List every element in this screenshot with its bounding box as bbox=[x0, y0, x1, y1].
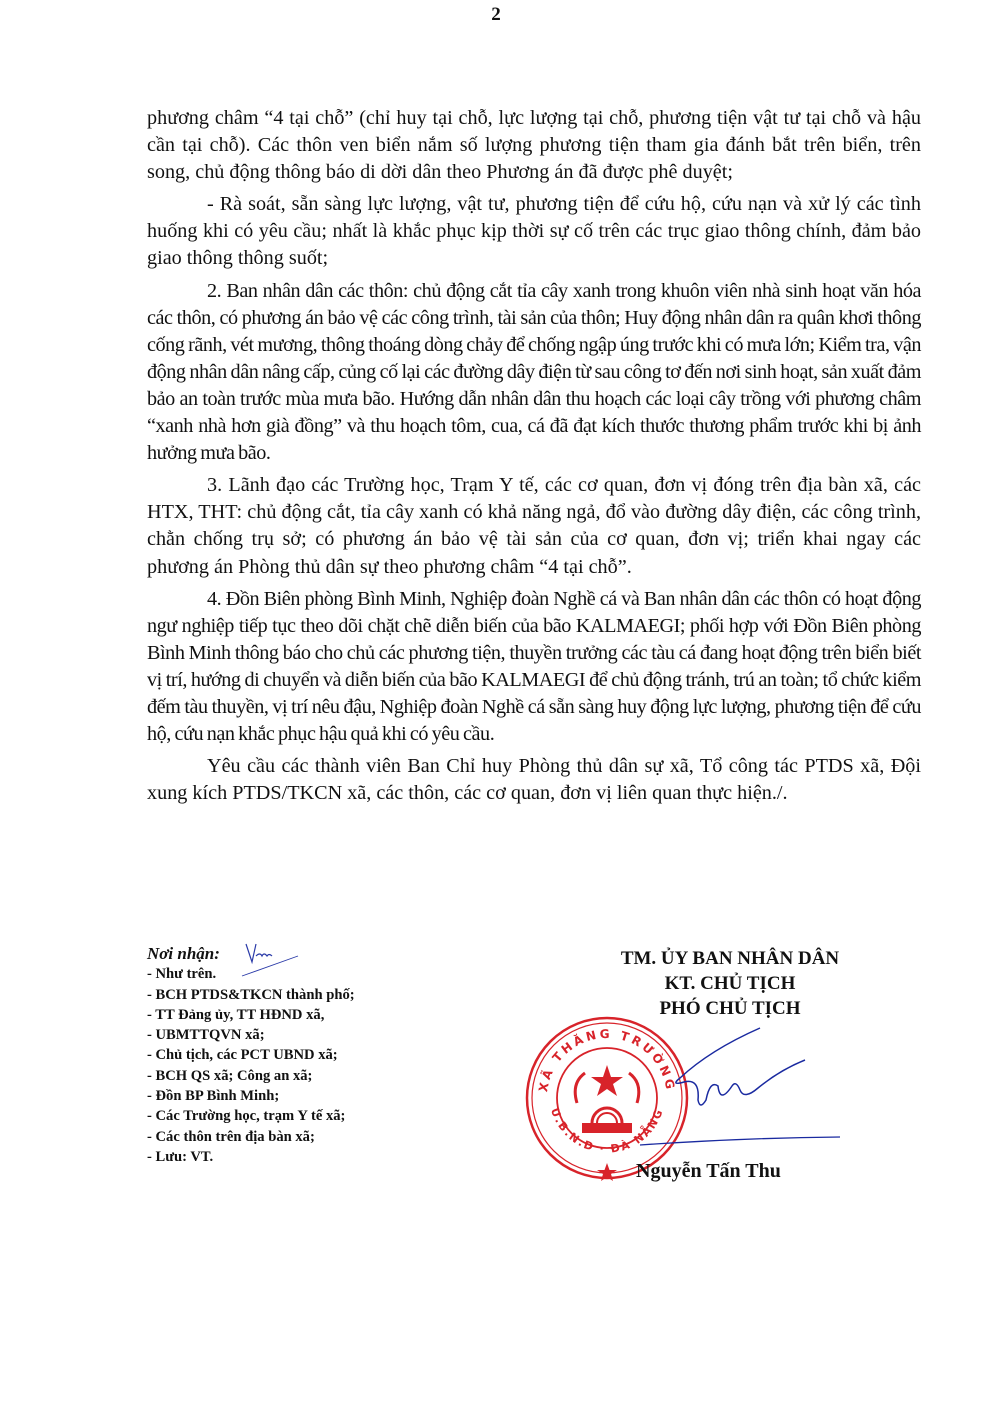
recipient-item: - TT Đảng ủy, TT HĐND xã, bbox=[147, 1005, 355, 1025]
signature-title-2: KT. CHỦ TỊCH bbox=[580, 971, 880, 996]
handwritten-signature-icon bbox=[640, 1020, 840, 1160]
paragraph-rescue-readiness: - Rà soát, sẵn sàng lực lượng, vật tư, p… bbox=[147, 191, 921, 272]
recipient-item: - Lưu: VT. bbox=[147, 1147, 355, 1167]
recipient-item: - UBMTTQVN xã; bbox=[147, 1025, 355, 1045]
initials-signature-icon bbox=[240, 938, 300, 978]
recipient-item: - BCH QS xã; Công an xã; bbox=[147, 1066, 355, 1086]
paragraph-item-3: 3. Lãnh đạo các Trường học, Trạm Y tế, c… bbox=[147, 472, 921, 580]
signature-title-1: TM. ỦY BAN NHÂN DÂN bbox=[580, 946, 880, 971]
paragraph-request: Yêu cầu các thành viên Ban Chỉ huy Phòng… bbox=[147, 753, 921, 807]
page-number: 2 bbox=[0, 4, 992, 26]
recipient-item: - BCH PTDS&TKCN thành phố; bbox=[147, 985, 355, 1005]
recipient-item: - Các thôn trên địa bàn xã; bbox=[147, 1127, 355, 1147]
signature-block: TM. ỦY BAN NHÂN DÂN KT. CHỦ TỊCH PHÓ CHỦ… bbox=[580, 946, 880, 1021]
recipient-item: - Các Trường học, trạm Y tế xã; bbox=[147, 1106, 355, 1126]
recipient-item: - Đồn BP Bình Minh; bbox=[147, 1086, 355, 1106]
paragraph-item-2: 2. Ban nhân dân các thôn: chủ động cắt t… bbox=[147, 278, 921, 468]
signer-name: Nguyễn Tấn Thu bbox=[636, 1160, 781, 1183]
paragraph-item-4: 4. Đồn Biên phòng Bình Minh, Nghiệp đoàn… bbox=[147, 586, 921, 749]
document-body: phương châm “4 tại chỗ” (chỉ huy tại chỗ… bbox=[147, 105, 921, 812]
paragraph-continuation: phương châm “4 tại chỗ” (chỉ huy tại chỗ… bbox=[147, 105, 921, 186]
recipient-item: - Chủ tịch, các PCT UBND xã; bbox=[147, 1045, 355, 1065]
